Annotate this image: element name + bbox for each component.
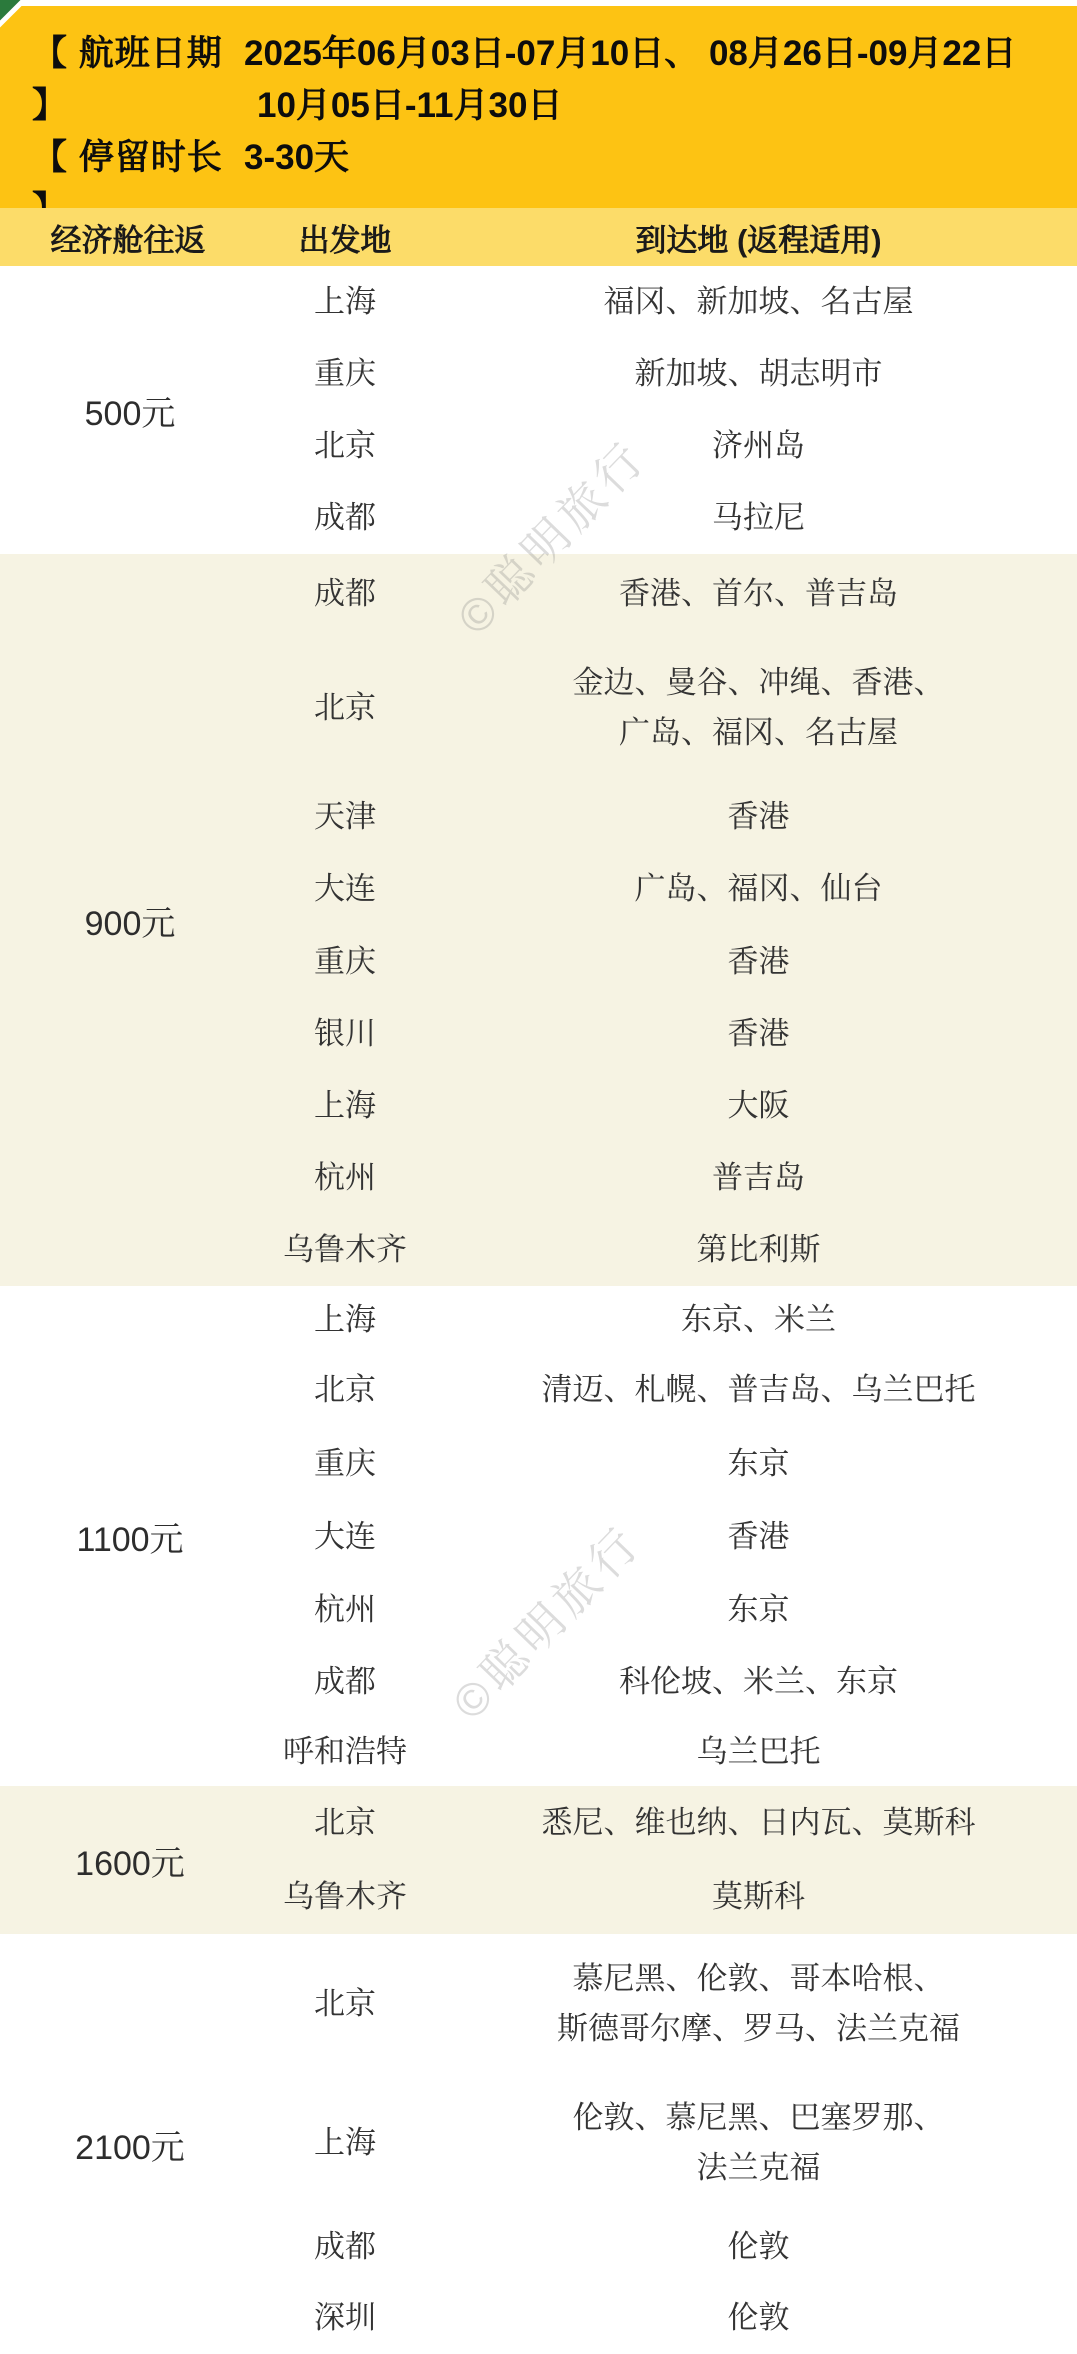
price-section-2100: 2100元 北京 慕尼黑、伦敦、哥本哈根、 斯德哥尔摩、罗马、法兰克福 上海 伦… [0,1934,1077,2354]
price-label-1100: 1100元 [0,1286,230,1786]
route-to: 东京 [460,1426,1077,1501]
route-to: 莫斯科 [460,1860,1077,1934]
route-from: 上海 [230,1070,460,1142]
route-from: 天津 [230,782,460,852]
route-to: 科伦坡、米兰、东京 [460,1646,1077,1718]
col-header-destination: 到达地 (返程适用) [460,215,1077,260]
price-label-900: 900元 [0,554,230,1286]
price-label-500: 500元 [0,266,230,554]
route-to: 东京、米兰 [460,1286,1077,1353]
route-to: 金边、曼谷、冲绳、香港、 广岛、福冈、名古屋 [460,634,1077,782]
route-to: 大阪 [460,1070,1077,1142]
price-label-2100: 2100元 [0,1934,230,2354]
route-from: 上海 [230,266,460,338]
route-from: 深圳 [230,2282,460,2354]
price-label-1600: 1600元 [0,1786,230,1934]
route-from: 呼和浩特 [230,1718,460,1786]
route-to: 香港 [460,925,1077,998]
price-section-500: 500元 上海 福冈、新加坡、名古屋 重庆 新加坡、胡志明市 北京 济州岛 成都… [0,266,1077,554]
route-from: 银川 [230,998,460,1070]
route-from: 成都 [230,2212,460,2282]
flight-dates-line1: 2025年06月03日-07月10日、 08月26日-09月22日 [244,28,1047,80]
route-to: 慕尼黑、伦敦、哥本哈根、 斯德哥尔摩、罗马、法兰克福 [460,1934,1077,2074]
route-to: 香港、首尔、普吉岛 [460,554,1077,634]
route-from: 重庆 [230,338,460,410]
route-from: 北京 [230,1353,460,1426]
route-to: 东京 [460,1573,1077,1646]
route-to: 香港 [460,1501,1077,1573]
route-from: 北京 [230,1934,460,2074]
route-from: 成都 [230,482,460,554]
route-to: 广岛、福冈、仙台 [460,852,1077,925]
price-section-900: 900元 成都 香港、首尔、普吉岛 北京 金边、曼谷、冲绳、香港、 广岛、福冈、… [0,554,1077,1286]
route-from: 北京 [230,1786,460,1860]
route-from: 乌鲁木齐 [230,1860,460,1934]
col-header-price: 经济舱往返 [0,215,230,260]
route-to: 福冈、新加坡、名古屋 [460,266,1077,338]
price-section-1100: 1100元 上海 东京、米兰 北京 清迈、札幌、普吉岛、乌兰巴托 重庆 东京 大… [0,1286,1077,1786]
col-header-departure: 出发地 [230,215,460,260]
route-to: 香港 [460,782,1077,852]
route-to: 普吉岛 [460,1142,1077,1214]
flight-deals-infographic: 【 航班日期 】 2025年06月03日-07月10日、 08月26日-09月2… [0,0,1077,2354]
flight-dates-label: 【 航班日期 】 [32,28,244,132]
route-from: 上海 [230,1286,460,1353]
table-header-row: 经济舱往返 出发地 到达地 (返程适用) [0,208,1077,266]
route-from: 大连 [230,852,460,925]
route-to: 伦敦 [460,2212,1077,2282]
route-to: 清迈、札幌、普吉岛、乌兰巴托 [460,1353,1077,1426]
route-from: 乌鲁木齐 [230,1214,460,1286]
route-to: 济州岛 [460,410,1077,482]
route-from: 杭州 [230,1573,460,1646]
route-from: 成都 [230,554,460,634]
route-from: 重庆 [230,1426,460,1501]
corner-ribbon-icon [0,0,30,30]
route-to: 伦敦 [460,2282,1077,2354]
route-from: 杭州 [230,1142,460,1214]
route-to: 伦敦、慕尼黑、巴塞罗那、 法兰克福 [460,2074,1077,2212]
price-section-1600: 1600元 北京 悉尼、维也纳、日内瓦、莫斯科 乌鲁木齐 莫斯科 [0,1786,1077,1934]
route-to: 马拉尼 [460,482,1077,554]
stay-duration-value: 3-30天 [244,132,1047,184]
route-from: 北京 [230,410,460,482]
route-to: 悉尼、维也纳、日内瓦、莫斯科 [460,1786,1077,1860]
route-from: 成都 [230,1646,460,1718]
route-to: 第比利斯 [460,1214,1077,1286]
header-banner: 【 航班日期 】 2025年06月03日-07月10日、 08月26日-09月2… [0,6,1077,208]
route-to: 新加坡、胡志明市 [460,338,1077,410]
flight-dates-line2: 10月05日-11月30日 [244,80,1047,132]
flight-dates-value: 2025年06月03日-07月10日、 08月26日-09月22日 10月05日… [244,28,1047,132]
route-to: 乌兰巴托 [460,1718,1077,1786]
route-from: 重庆 [230,925,460,998]
route-from: 大连 [230,1501,460,1573]
route-from: 北京 [230,634,460,782]
route-to: 香港 [460,998,1077,1070]
flight-dates-row: 【 航班日期 】 2025年06月03日-07月10日、 08月26日-09月2… [32,28,1047,132]
route-from: 上海 [230,2074,460,2212]
